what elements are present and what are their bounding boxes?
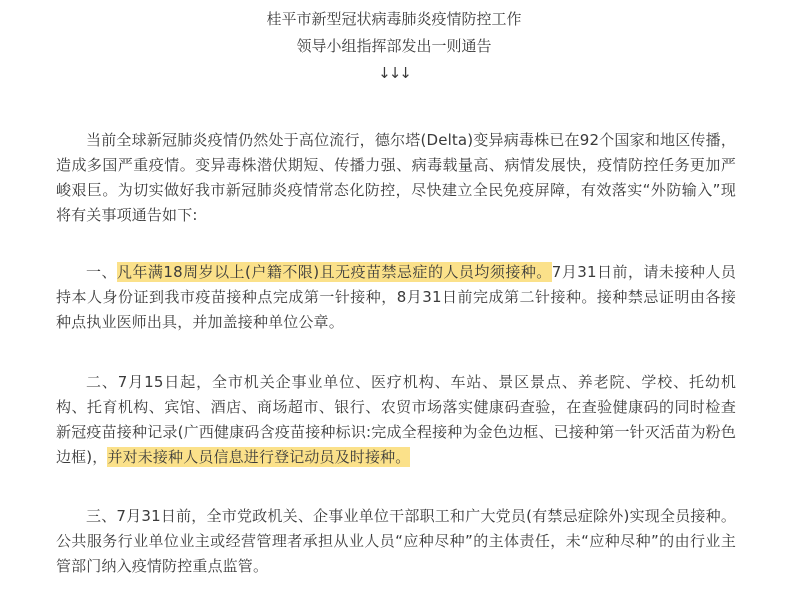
item-one-prefix: 一、 (86, 263, 117, 281)
item-two-paragraph: 二、7月15日起，全市机关企事业单位、医疗机构、车站、景区景点、养老院、学校、托… (56, 370, 736, 470)
down-arrows-icon: ↓↓↓ (0, 60, 788, 87)
item-one-highlight: 凡年满18周岁以上(户籍不限)且无疫苗禁忌症的人员均须接种。 (117, 262, 552, 282)
title-line-1: 桂平市新型冠状病毒肺炎疫情防控工作 (0, 6, 788, 33)
item-one-paragraph: 一、凡年满18周岁以上(户籍不限)且无疫苗禁忌症的人员均须接种。7月31日前，请… (56, 260, 736, 335)
item-two-highlight: 并对未接种人员信息进行登记动员及时接种。 (107, 447, 410, 467)
item-three-text: 三、7月31日前，全市党政机关、企事业单位干部职工和广大党员(有禁忌症除外)实现… (56, 507, 736, 575)
item-three-paragraph: 三、7月31日前，全市党政机关、企事业单位干部职工和广大党员(有禁忌症除外)实现… (56, 504, 736, 579)
notice-title: 桂平市新型冠状病毒肺炎疫情防控工作 领导小组指挥部发出一则通告 ↓↓↓ (0, 6, 788, 87)
intro-paragraph: 当前全球新冠肺炎疫情仍然处于高位流行，德尔塔(Delta)变异病毒株已在92个国… (56, 128, 736, 228)
intro-text: 当前全球新冠肺炎疫情仍然处于高位流行，德尔塔(Delta)变异病毒株已在92个国… (56, 131, 736, 224)
title-line-2: 领导小组指挥部发出一则通告 (0, 33, 788, 60)
